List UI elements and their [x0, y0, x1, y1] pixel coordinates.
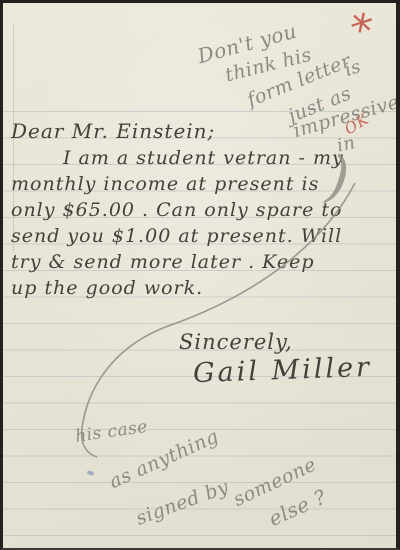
signature: Gail Miller	[193, 352, 373, 389]
blue-ink-speck	[87, 470, 95, 476]
letter-scan: * Don't you think his form letter is jus…	[0, 0, 400, 550]
body-line-3: only $65.00 . Can only spare to	[11, 199, 342, 221]
red-asterisk-icon: *	[344, 3, 376, 57]
closing: Sincerely,	[179, 330, 293, 354]
bottom-annotation-fragment-3: signed by	[133, 476, 232, 530]
salutation: Dear Mr. Einstein;	[11, 119, 215, 143]
top-annotation-fragment-4: is	[342, 56, 364, 81]
body-line-5: try & send more later . Keep	[11, 251, 315, 273]
bottom-annotation-fragment-1: his case	[74, 417, 149, 447]
body-line-1: I am a student vetran - my	[63, 147, 344, 169]
body-line-2: monthly income at present is	[11, 173, 319, 195]
body-line-6: up the good work.	[11, 277, 203, 299]
body-line-4: send you $1.00 at present. Will	[11, 225, 342, 247]
